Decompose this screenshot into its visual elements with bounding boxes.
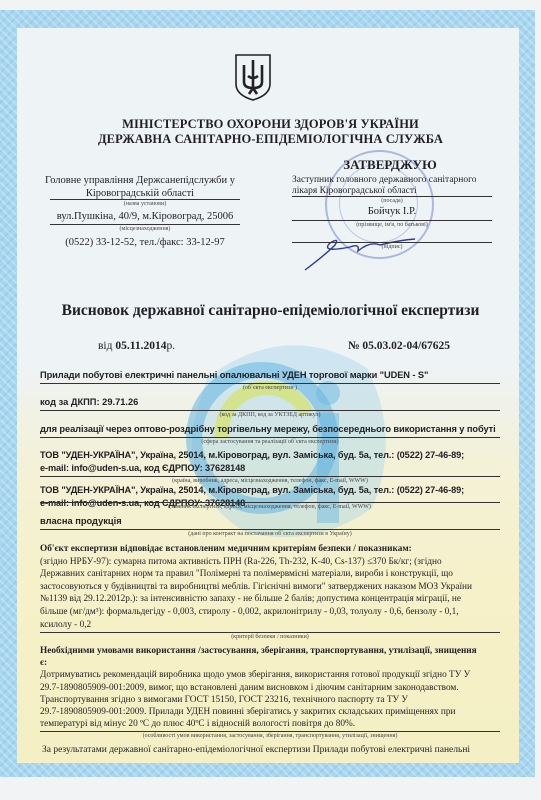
issuer-address: вул.Пушкіна, 40/9, м.Кіровоград, 25006 bbox=[50, 210, 240, 223]
usage-conditions: Необхідними умовами використання /застос… bbox=[40, 645, 510, 730]
approval-heading: ЗАТВЕРДЖУЮ bbox=[290, 157, 490, 173]
criteria-caption: (критерії безпеки / показники) bbox=[40, 634, 500, 640]
dkpp-code: код за ДКПП: 29.71.26 bbox=[40, 397, 138, 407]
scope-caption: (сфера застосування та реалізації об`єкт… bbox=[40, 439, 500, 445]
conditions-heading-line1: Необхідними умовами використання /застос… bbox=[40, 645, 510, 657]
issuer-address-caption: (місцезнаходження) bbox=[50, 226, 240, 232]
scope-of-use: для реалізації через оптово-роздрібну то… bbox=[40, 424, 496, 434]
issuer-name-caption: (назва установи) bbox=[50, 201, 240, 207]
criteria-heading: Об'єкт експертизи відповідає встановлени… bbox=[40, 543, 510, 556]
approver-name: Бойчук І.Р. bbox=[292, 206, 492, 217]
ministry-name: МІНІСТЕРСТВО ОХОРОНИ ЗДОРОВ'Я УКРАЇНИ bbox=[0, 117, 541, 132]
document-number: № 05.03.02-04/67625 bbox=[348, 340, 450, 352]
contract-caption: (дані про контракт на постачання об`єкта… bbox=[40, 531, 500, 537]
contract-info: власна продукція bbox=[40, 516, 122, 526]
manufacturer-line1: ТОВ "УДЕН-УКРАЇНА", Україна, 25014, м.Кі… bbox=[40, 449, 464, 462]
service-name: ДЕРЖАВНА САНІТАРНО-ЕПІДЕМІОЛОГІЧНА СЛУЖБ… bbox=[0, 132, 541, 147]
applicant-line1: ТОВ "УДЕН-УКРАЇНА", Україна, 25014, м.Кі… bbox=[40, 484, 464, 497]
signature-caption: (підпис) bbox=[292, 244, 492, 250]
ministry-header: МІНІСТЕРСТВО ОХОРОНИ ЗДОРОВ'Я УКРАЇНИ ДЕ… bbox=[0, 117, 541, 147]
date-value: 05.11.2014 bbox=[115, 340, 166, 352]
object-caption: (об`єкта експертизи ) bbox=[40, 385, 500, 391]
document-title: Висновок державної санітарно-епідеміолог… bbox=[0, 302, 541, 320]
conclusion-text: За результатами державної санітарно-епід… bbox=[42, 745, 470, 755]
approval-position-line1: Заступник головного державного санітарно… bbox=[292, 175, 512, 186]
issuer-name-line1: Головне управління Держсанепідслужби у bbox=[40, 174, 240, 187]
issuer-block: Головне управління Держсанепідслужби у К… bbox=[40, 174, 240, 200]
document-date: від 05.11.2014р. bbox=[98, 340, 175, 352]
trident-coat-of-arms-icon bbox=[232, 52, 274, 102]
approval-position: Заступник головного державного санітарно… bbox=[292, 175, 512, 197]
manufacturer: ТОВ "УДЕН-УКРАЇНА", Україна, 25014, м.Кі… bbox=[40, 449, 464, 475]
signature-icon bbox=[300, 225, 420, 275]
applicant-caption: (заявник експертизи, адреса, місцезнаход… bbox=[40, 504, 500, 510]
conditions-caption: (особливості умов використання, застосув… bbox=[40, 733, 500, 739]
code-caption: (код за ДКПП, код за УКТЗЕД артикул) bbox=[40, 412, 500, 418]
issuer-phone: (0522) 33-12-52, тел./факс: 33-12-97 bbox=[40, 236, 250, 249]
conditions-heading-line2: є: bbox=[40, 657, 510, 669]
manufacturer-line2: e-mail: info@uden-s.ua, код ЄДРПОУ: 3762… bbox=[40, 462, 464, 475]
position-caption: (посада) bbox=[292, 198, 492, 204]
safety-criteria: Об'єкт експертизи відповідає встановлени… bbox=[40, 543, 510, 631]
expertise-object: Прилади побутові електричні панельні опа… bbox=[40, 370, 428, 380]
